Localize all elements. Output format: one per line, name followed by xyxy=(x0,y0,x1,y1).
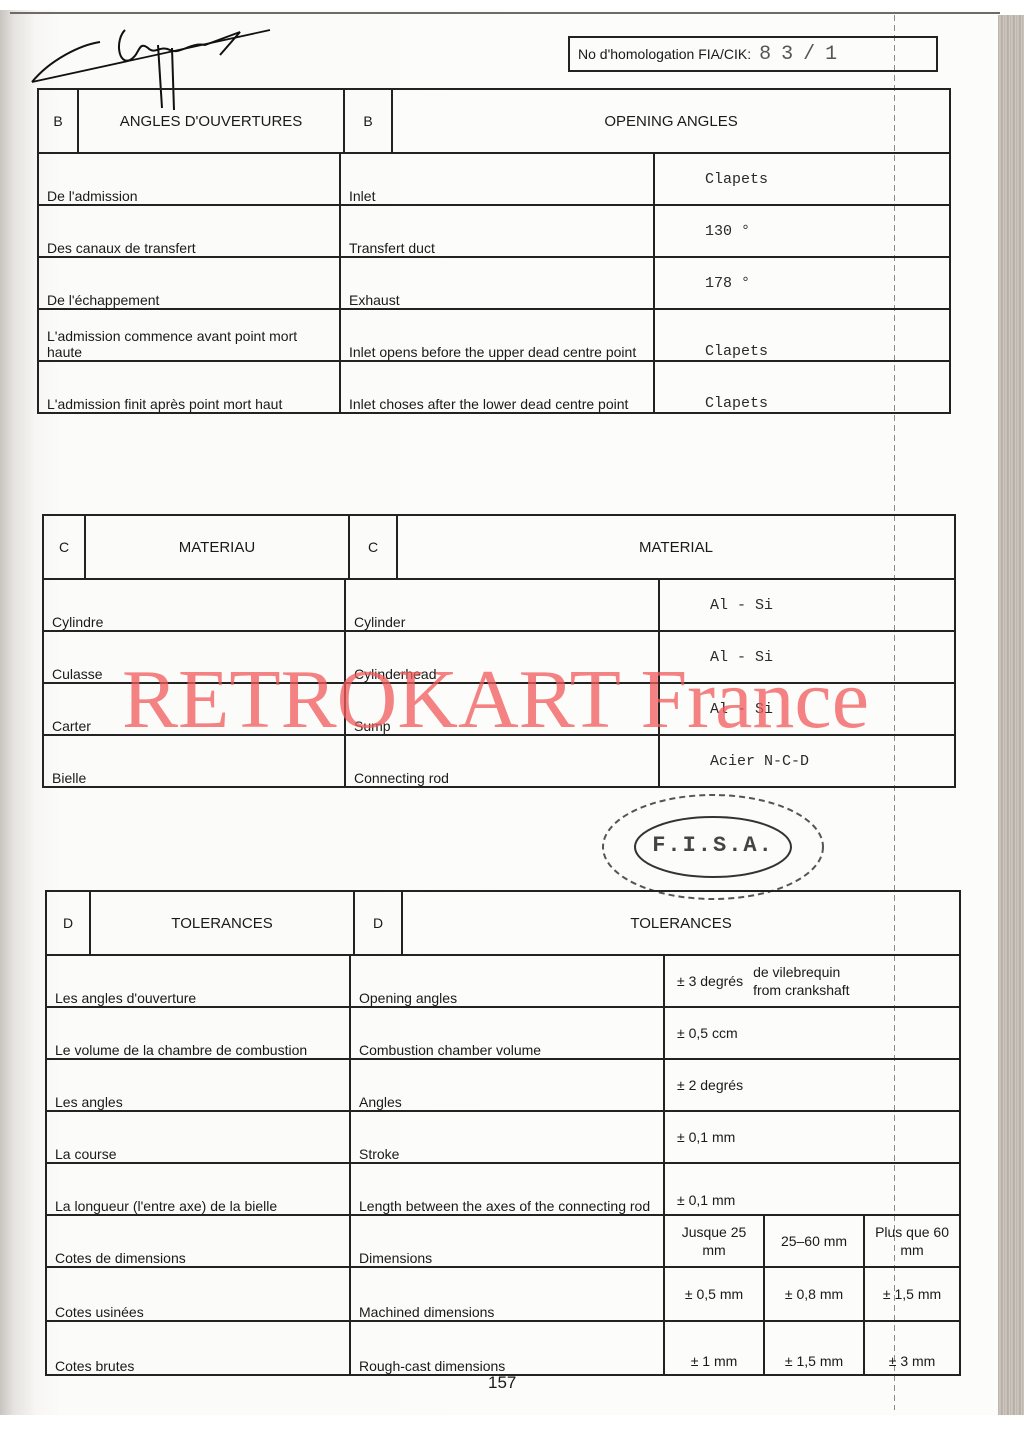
label-fr: Cotes de dimensions xyxy=(46,1215,350,1267)
value: ± 0,8 mm xyxy=(764,1267,864,1321)
note-fr: de vilebrequin xyxy=(753,964,840,980)
stamp-label-wrap: F.I.S.A. xyxy=(598,785,828,905)
page-top-edge xyxy=(10,12,1000,14)
table-row: Le volume de la chambre de combustion Co… xyxy=(46,1007,960,1059)
table-row: Culasse Cylinderhead Al - Si xyxy=(43,631,955,683)
label-fr: L'admission commence avant point mort ha… xyxy=(38,309,340,361)
section-d-tolerances: D TOLERANCES D TOLERANCES Les angles d'o… xyxy=(45,890,961,1376)
label-fr: L'admission finit après point mort haut xyxy=(38,361,340,413)
table-row: Des canaux de transfert Transfert duct 1… xyxy=(38,205,950,257)
label-en: Cylinderhead xyxy=(345,631,659,683)
section-letter: B xyxy=(38,89,78,153)
column-header: Jusque 25 mm xyxy=(664,1215,764,1267)
label-en: Combustion chamber volume xyxy=(350,1007,664,1059)
value: ± 2 degrés xyxy=(664,1059,960,1111)
label-fr: La longueur (l'entre axe) de la bielle xyxy=(46,1163,350,1215)
label-en: Exhaust xyxy=(340,257,654,309)
tolerance-value: ± 3 degrés xyxy=(677,973,743,989)
label-fr: La course xyxy=(46,1111,350,1163)
homologation-label: No d'homologation FIA/CIK: xyxy=(578,46,751,62)
label-en: Cylinder xyxy=(345,579,659,631)
value: ± 0,1 mm xyxy=(664,1111,960,1163)
label-en: Angles xyxy=(350,1059,664,1111)
value: Acier N-C-D xyxy=(659,735,955,787)
section-title-en: MATERIAL xyxy=(397,515,955,579)
label-en: Transfert duct xyxy=(340,205,654,257)
label-en: Length between the axes of the connectin… xyxy=(350,1163,664,1215)
value: 130 ° xyxy=(654,205,950,257)
homologation-box: No d'homologation FIA/CIK: 83/1 xyxy=(568,36,938,72)
section-title-fr: ANGLES D'OUVERTURES xyxy=(78,89,344,153)
table-row: Carter Sump Al - Si xyxy=(43,683,955,735)
table-row: Cylindre Cylinder Al - Si xyxy=(43,579,955,631)
value: 178 ° xyxy=(654,257,950,309)
table-row: L'admission finit après point mort haut … xyxy=(38,361,950,413)
value: ± 1 mm xyxy=(664,1321,764,1375)
label-en: Inlet opens before the upper dead centre… xyxy=(340,309,654,361)
page-edge-shadow xyxy=(998,15,1024,1415)
label-fr: Cotes brutes xyxy=(46,1321,350,1375)
value: Clapets xyxy=(654,309,950,361)
section-title-en: OPENING ANGLES xyxy=(392,89,950,153)
label-fr: De l'échappement xyxy=(38,257,340,309)
label-en: Opening angles xyxy=(350,955,664,1007)
label-fr: De l'admission xyxy=(38,153,340,205)
value: ± 0,1 mm xyxy=(664,1163,960,1215)
tolerance-note: de vilebrequin from crankshaft xyxy=(753,963,849,999)
note-en: from crankshaft xyxy=(753,982,849,998)
table-row: La course Stroke ± 0,1 mm xyxy=(46,1111,960,1163)
value: ± 0,5 mm xyxy=(664,1267,764,1321)
table-row: De l'échappement Exhaust 178 ° xyxy=(38,257,950,309)
label-en: Machined dimensions xyxy=(350,1267,664,1321)
column-header: 25–60 mm xyxy=(764,1215,864,1267)
section-title-fr: MATERIAU xyxy=(85,515,349,579)
label-fr: Les angles d'ouverture xyxy=(46,955,350,1007)
label-en: Stroke xyxy=(350,1111,664,1163)
table-row: Les angles Angles ± 2 degrés xyxy=(46,1059,960,1111)
homologation-number: 83/1 xyxy=(759,43,847,66)
table-row: De l'admission Inlet Clapets xyxy=(38,153,950,205)
value: ± 1,5 mm xyxy=(864,1267,960,1321)
label-en: Rough-cast dimensions xyxy=(350,1321,664,1375)
section-letter: D xyxy=(354,891,402,955)
label-en: Inlet xyxy=(340,153,654,205)
section-letter: B xyxy=(344,89,392,153)
section-title-en: TOLERANCES xyxy=(402,891,960,955)
label-en: Sump xyxy=(345,683,659,735)
section-c-material: C MATERIAU C MATERIAL Cylindre Cylinder … xyxy=(42,514,956,788)
table-row: La longueur (l'entre axe) de la bielle L… xyxy=(46,1163,960,1215)
stamp-text: F.I.S.A. xyxy=(598,785,828,905)
label-fr: Carter xyxy=(43,683,345,735)
label-en: Connecting rod xyxy=(345,735,659,787)
section-title-fr: TOLERANCES xyxy=(90,891,354,955)
value: ± 3 mm xyxy=(864,1321,960,1375)
value: ± 3 degrés de vilebrequin from crankshaf… xyxy=(664,955,960,1007)
value: Al - Si xyxy=(659,683,955,735)
value: ± 1,5 mm xyxy=(764,1321,864,1375)
value: Al - Si xyxy=(659,631,955,683)
label-fr: Les angles xyxy=(46,1059,350,1111)
page-number: 157 xyxy=(488,1373,516,1393)
value: ± 0,5 ccm xyxy=(664,1007,960,1059)
label-en: Dimensions xyxy=(350,1215,664,1267)
section-letter: C xyxy=(349,515,397,579)
value: Clapets xyxy=(654,361,950,413)
section-letter: C xyxy=(43,515,85,579)
table-row: Cotes brutes Rough-cast dimensions ± 1 m… xyxy=(46,1321,960,1375)
column-header: Plus que 60 mm xyxy=(864,1215,960,1267)
table-row: L'admission commence avant point mort ha… xyxy=(38,309,950,361)
table-row: Bielle Connecting rod Acier N-C-D xyxy=(43,735,955,787)
section-letter: D xyxy=(46,891,90,955)
table-row: Les angles d'ouverture Opening angles ± … xyxy=(46,955,960,1007)
label-fr: Des canaux de transfert xyxy=(38,205,340,257)
section-b-opening-angles: B ANGLES D'OUVERTURES B OPENING ANGLES D… xyxy=(37,88,951,414)
label-fr: Le volume de la chambre de combustion xyxy=(46,1007,350,1059)
label-fr: Cotes usinées xyxy=(46,1267,350,1321)
label-fr: Culasse xyxy=(43,631,345,683)
table-row: Cotes usinées Machined dimensions ± 0,5 … xyxy=(46,1267,960,1321)
value: Al - Si xyxy=(659,579,955,631)
label-en: Inlet choses after the lower dead centre… xyxy=(340,361,654,413)
label-fr: Bielle xyxy=(43,735,345,787)
label-fr: Cylindre xyxy=(43,579,345,631)
table-row: Cotes de dimensions Dimensions Jusque 25… xyxy=(46,1215,960,1267)
value: Clapets xyxy=(654,153,950,205)
